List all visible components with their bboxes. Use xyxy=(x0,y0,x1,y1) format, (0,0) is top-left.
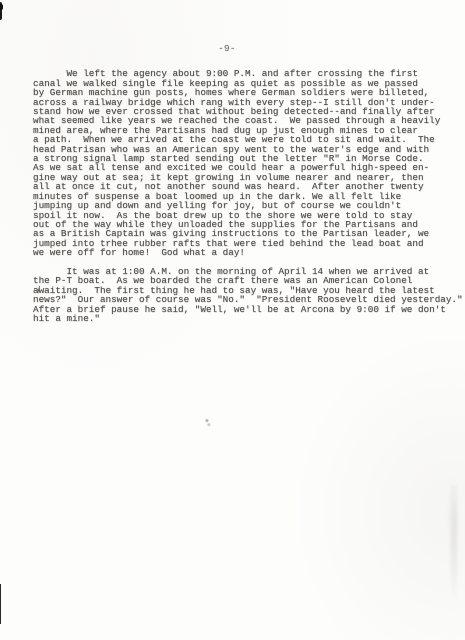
right-edge-smudge xyxy=(448,485,458,605)
page-number: -9- xyxy=(33,44,421,53)
scan-edge-artifact-top xyxy=(0,2,2,20)
document-page: -9- We left the agency about 9:00 P.M. a… xyxy=(33,44,463,323)
paragraph-pt-boat-news: It was at 1:00 A.M. on the morning of Ap… xyxy=(33,267,463,323)
smudge-mark xyxy=(203,418,213,427)
paragraph-journey-to-coast: We left the agency about 9:00 P.M. and a… xyxy=(33,69,463,257)
scan-edge-artifact-bottom xyxy=(0,584,1,624)
